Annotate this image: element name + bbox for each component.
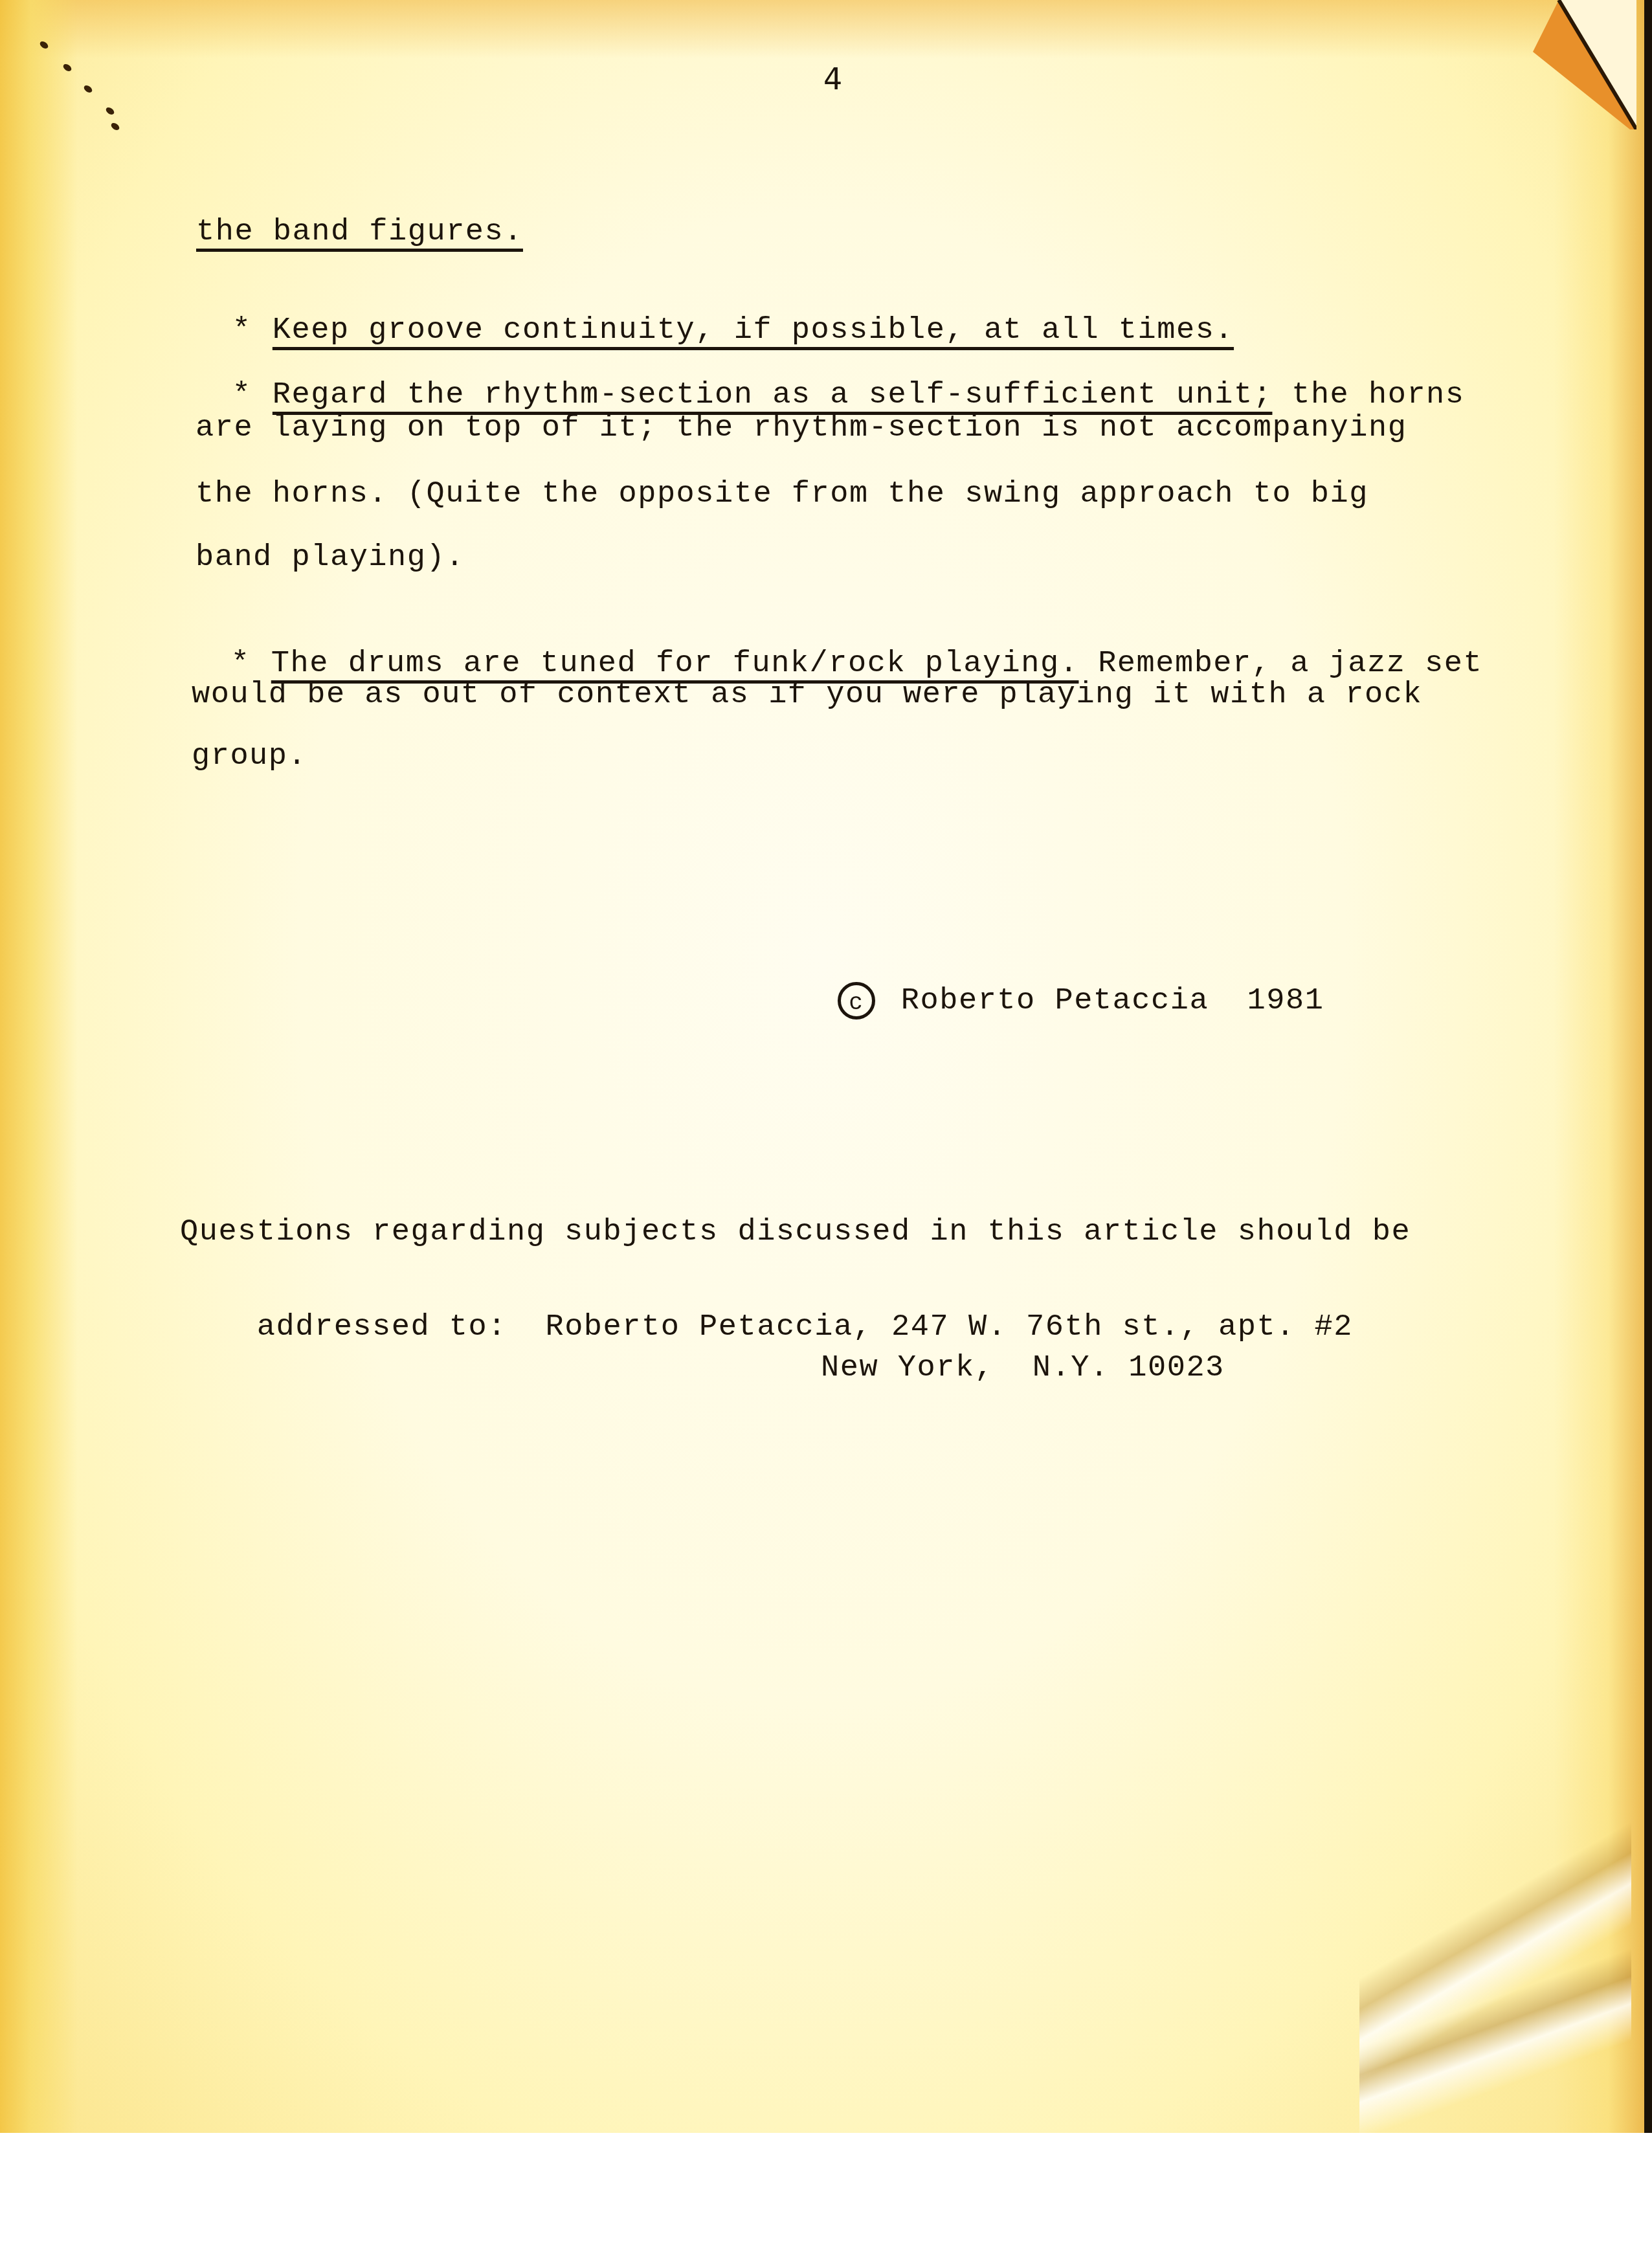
body-line: group. xyxy=(192,741,307,772)
folded-corner-icon xyxy=(1533,0,1636,129)
paper-stain-left xyxy=(0,0,78,2133)
contact-address: Roberto Petaccia, 247 W. 76th st., apt. … xyxy=(545,1310,1353,1344)
page-number: 4 xyxy=(823,61,842,96)
bullet-rest-text: Remember, a jazz set xyxy=(1078,647,1482,681)
continuation-line: the band figures. xyxy=(196,217,523,247)
staple-marks xyxy=(36,36,126,133)
paper-stain-top xyxy=(0,0,1644,58)
bullet-symbol: * xyxy=(232,315,273,346)
bullet-underlined-text: Keep groove continuity, if possible, at … xyxy=(273,313,1234,348)
body-line: band playing). xyxy=(195,542,465,573)
bullet-underlined-text: Regard the rhythm-section as a self-suff… xyxy=(273,378,1273,412)
copyright-year: 1981 xyxy=(1247,984,1324,1018)
scanned-paper-page: 4 the band figures. *Keep groove continu… xyxy=(0,0,1644,2133)
body-line: would be as out of context as if you wer… xyxy=(192,680,1422,710)
copyright-author: Roberto Petaccia xyxy=(901,984,1209,1018)
bullet-rest-text: the horns xyxy=(1272,378,1464,412)
contact-line-1: Questions regarding subjects discussed i… xyxy=(180,1217,1411,1247)
copyright-line: cRoberto Petaccia 1981 xyxy=(761,952,1324,1050)
contact-label: addressed to: xyxy=(257,1310,507,1344)
scan-edge xyxy=(1644,0,1652,2133)
paper-wrinkle xyxy=(1359,1770,1631,2133)
bullet-underlined-text: The drums are tuned for funk/rock playin… xyxy=(271,647,1079,681)
contact-line-3: New York, N.Y. 10023 xyxy=(821,1353,1225,1383)
bullet-symbol: * xyxy=(231,649,271,679)
bullet-symbol: * xyxy=(232,380,273,410)
copyright-icon: c xyxy=(838,982,875,1020)
body-line: are laying on top of it; the rhythm-sect… xyxy=(195,413,1407,443)
body-line: the horns. (Quite the opposite from the … xyxy=(195,479,1368,509)
